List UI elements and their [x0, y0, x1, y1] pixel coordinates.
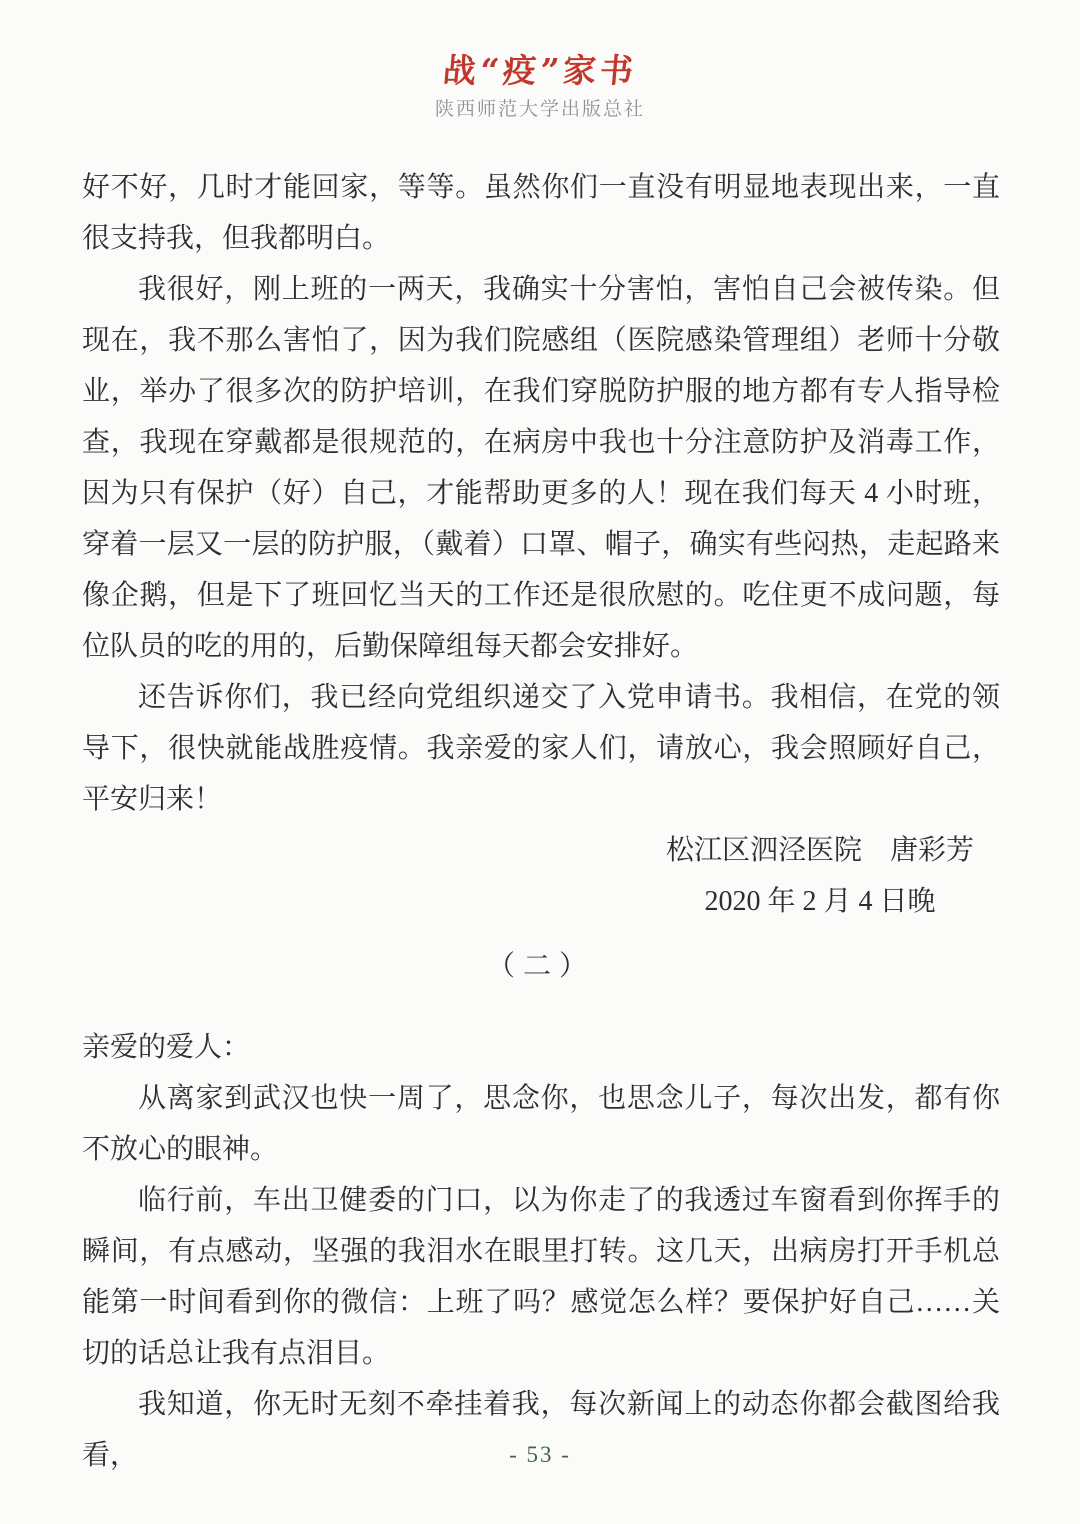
letter1-paragraph-continuation: 好不好，几时才能回家，等等。虽然你们一直没有明显地表现出来，一直很支持我，但我都…	[82, 162, 1000, 264]
letter2-salutation: 亲爱的爱人：	[82, 1022, 1000, 1073]
page-number: - 53 -	[0, 1442, 1080, 1468]
signature-block: 松江区泗泾医院 唐彩芳 2020 年 2 月 4 日晚	[82, 825, 974, 927]
letter2-paragraph: 临行前，车出卫健委的门口，以为你走了的我透过车窗看到你挥手的瞬间，有点感动，坚强…	[82, 1175, 1000, 1379]
page-header: 战“疫”家书 陕西师范大学出版总社	[0, 0, 1080, 122]
letter1-paragraph: 还告诉你们，我已经向党组织递交了入党申请书。我相信，在党的领导下，很快就能战胜疫…	[82, 672, 1000, 825]
book-title: 战“疫”家书	[441, 50, 639, 92]
letter-content: 好不好，几时才能回家，等等。虽然你们一直没有明显地表现出来，一直很支持我，但我都…	[82, 162, 1000, 1481]
page-footer: - 53 -	[0, 1442, 1080, 1468]
signature-inner: 松江区泗泾医院 唐彩芳 2020 年 2 月 4 日晚	[666, 825, 974, 927]
book-page: 战“疫”家书 陕西师范大学出版总社 好不好，几时才能回家，等等。虽然你们一直没有…	[0, 0, 1080, 1524]
letter1-date: 2020 年 2 月 4 日晚	[666, 876, 974, 927]
section-heading: （二）	[82, 941, 1000, 992]
publisher-name: 陕西师范大学出版总社	[0, 98, 1080, 122]
letter1-signature: 松江区泗泾医院 唐彩芳	[666, 825, 974, 876]
letter1-paragraph: 我很好，刚上班的一两天，我确实十分害怕，害怕自己会被传染。但现在，我不那么害怕了…	[82, 264, 1000, 672]
letter2-paragraph: 从离家到武汉也快一周了，思念你，也思念儿子，每次出发，都有你不放心的眼神。	[82, 1073, 1000, 1175]
